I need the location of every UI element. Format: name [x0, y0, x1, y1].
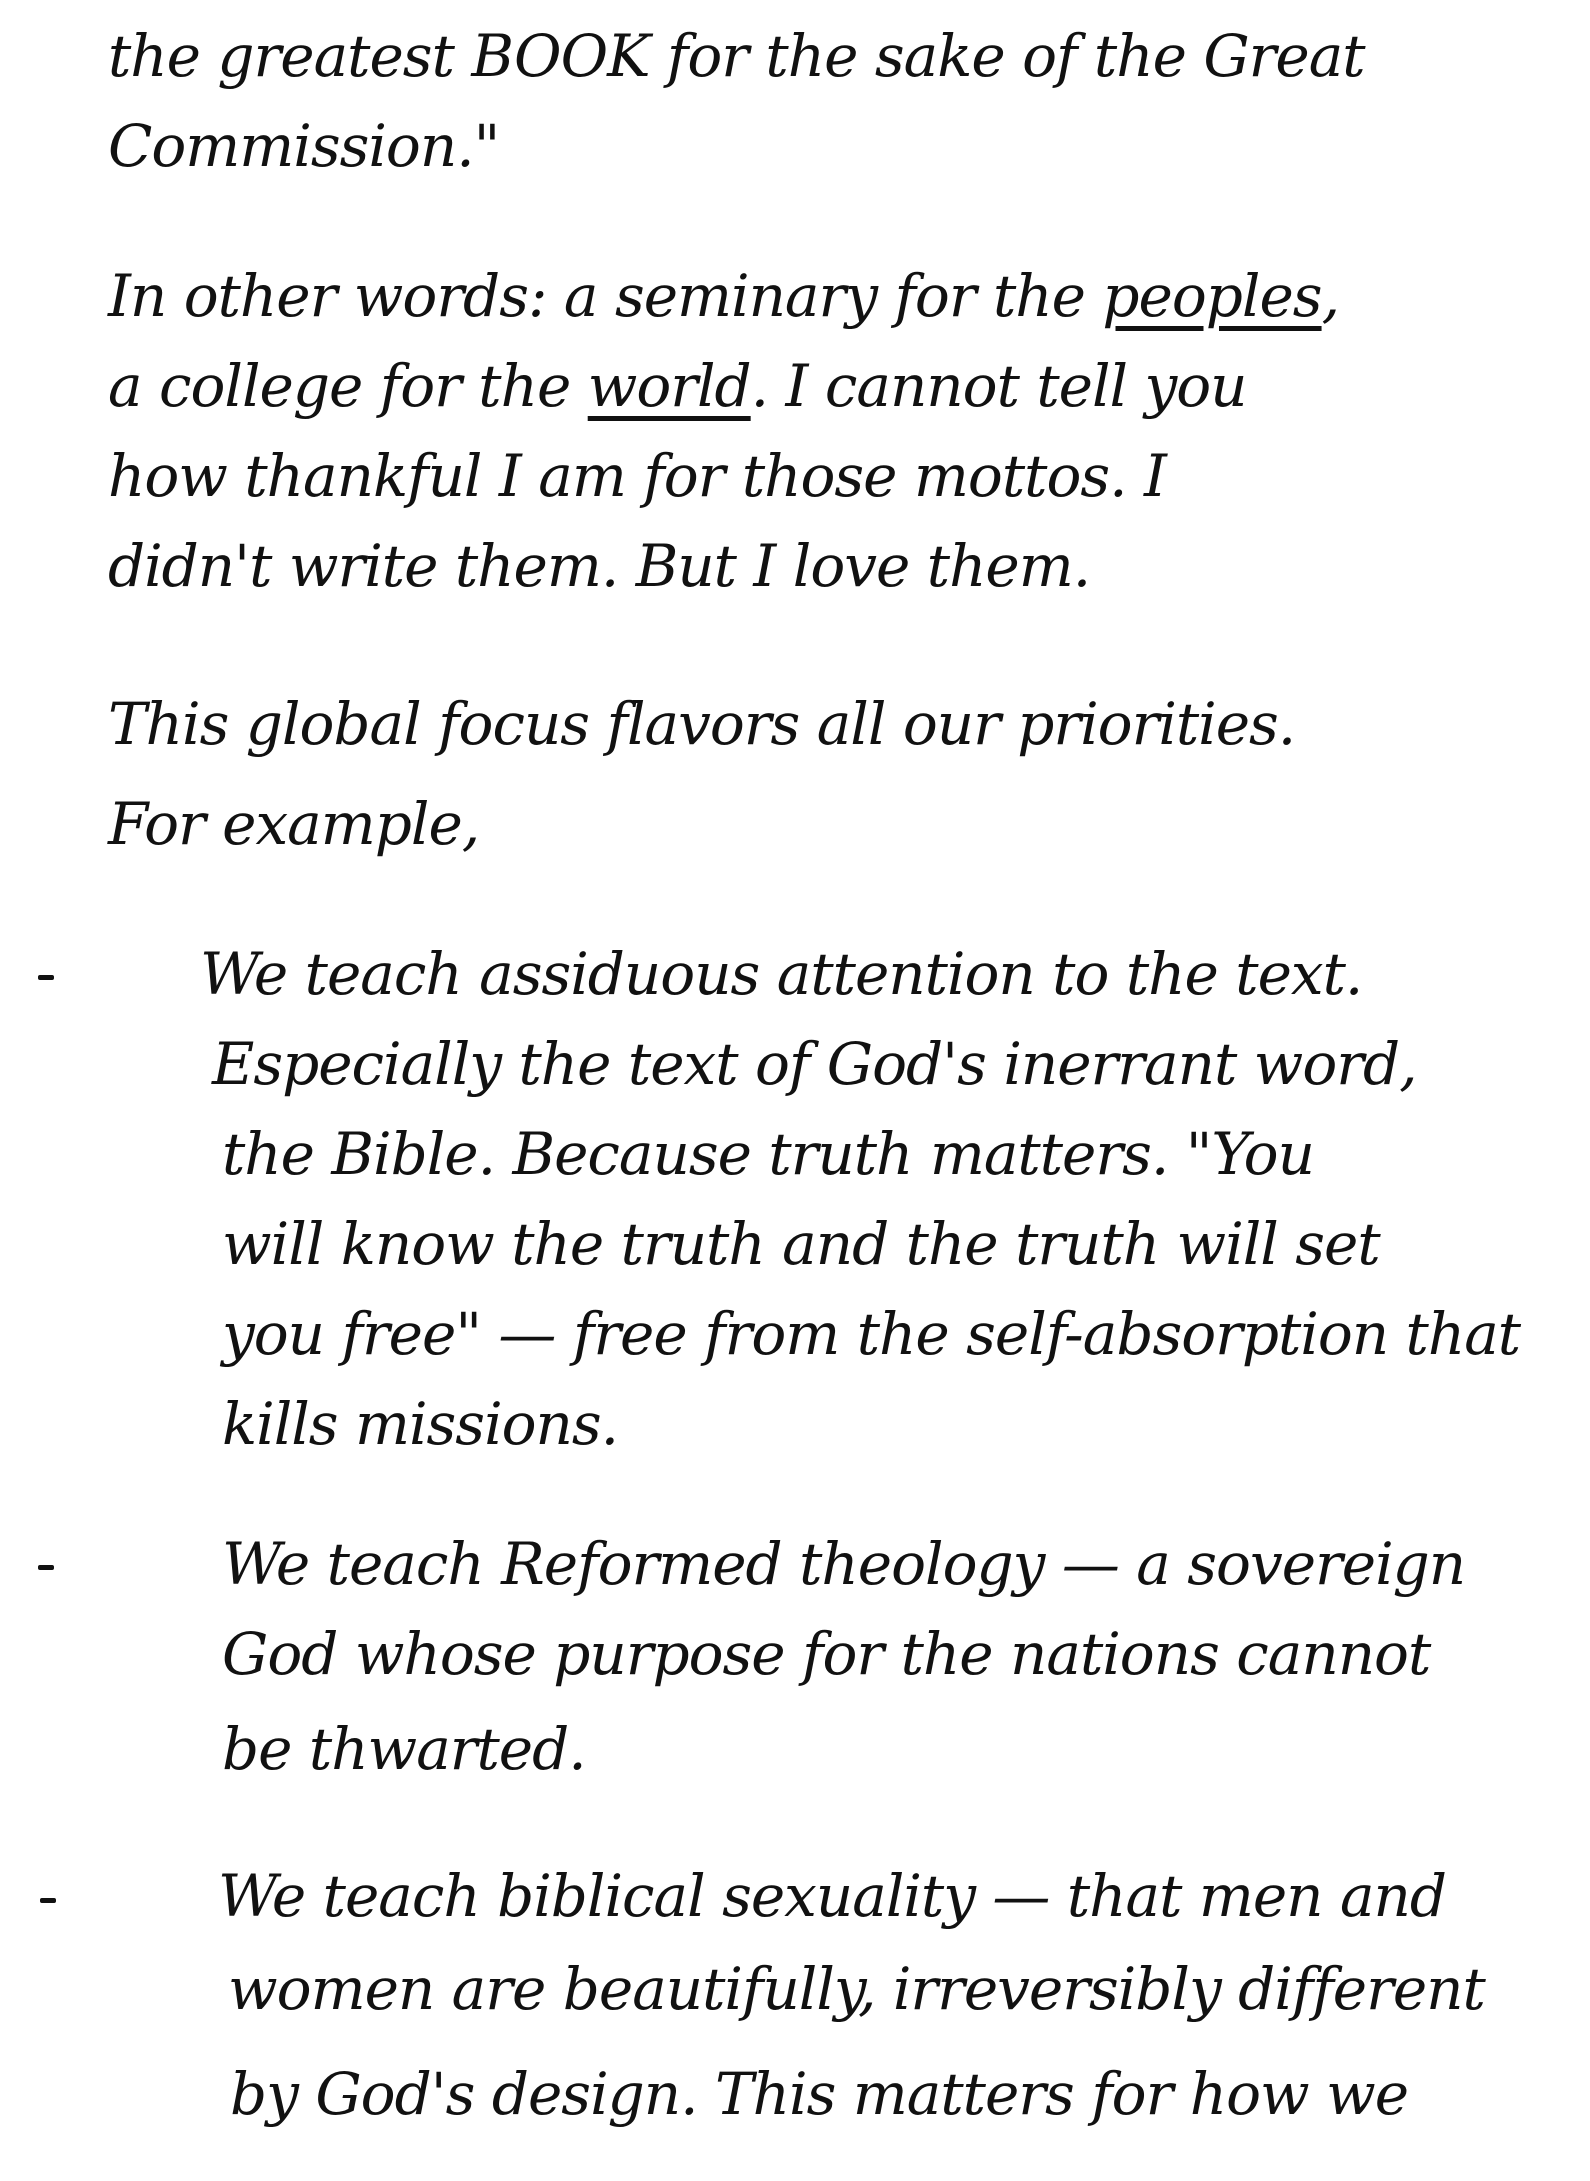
- text-line: will know the truth and the truth will s…: [222, 1210, 1380, 1278]
- text-line: didn't write them. But I love them.: [108, 532, 1090, 600]
- text-line: We teach biblical sexuality — that men a…: [218, 1862, 1446, 1930]
- text-line: be thwarted.: [222, 1715, 586, 1783]
- text-line: you free" — free from the self-absorptio…: [222, 1300, 1520, 1368]
- text-line: the greatest BOOK for the sake of the Gr…: [108, 22, 1365, 90]
- text-line: God whose purpose for the nations cannot: [222, 1620, 1430, 1688]
- underlined-word: world: [588, 352, 751, 420]
- text-segment: In other words: a seminary for the: [108, 262, 1102, 330]
- text-line: Especially the text of God's inerrant wo…: [212, 1030, 1417, 1098]
- text-line: a college for the world. I cannot tell y…: [108, 352, 1247, 420]
- text-line: women are beautifully, irreversibly diff…: [228, 1955, 1485, 2023]
- underlined-word: peoples: [1102, 262, 1321, 330]
- text-line: by God's design. This matters for how we: [230, 2060, 1408, 2128]
- text-segment: a college for the: [108, 352, 588, 420]
- text-line: In other words: a seminary for the peopl…: [108, 262, 1339, 330]
- text-segment: . I cannot tell you: [751, 352, 1247, 420]
- text-line: For example,: [108, 790, 479, 858]
- text-line: Commission.": [108, 112, 499, 180]
- bullet-dash: [40, 1898, 56, 1903]
- bullet-dash: [38, 975, 54, 980]
- text-line: We teach Reformed theology — a sovereign: [222, 1530, 1465, 1598]
- handwritten-page: the greatest BOOK for the sake of the Gr…: [0, 0, 1590, 2181]
- text-line: the Bible. Because truth matters. "You: [222, 1120, 1314, 1188]
- text-line: We teach assiduous attention to the text…: [200, 940, 1362, 1008]
- text-line: This global focus flavors all our priori…: [108, 690, 1295, 758]
- text-line: kills missions.: [222, 1390, 618, 1458]
- text-line: how thankful I am for those mottos. I: [108, 442, 1166, 510]
- bullet-dash: [38, 1565, 54, 1570]
- text-segment: ,: [1322, 262, 1339, 330]
